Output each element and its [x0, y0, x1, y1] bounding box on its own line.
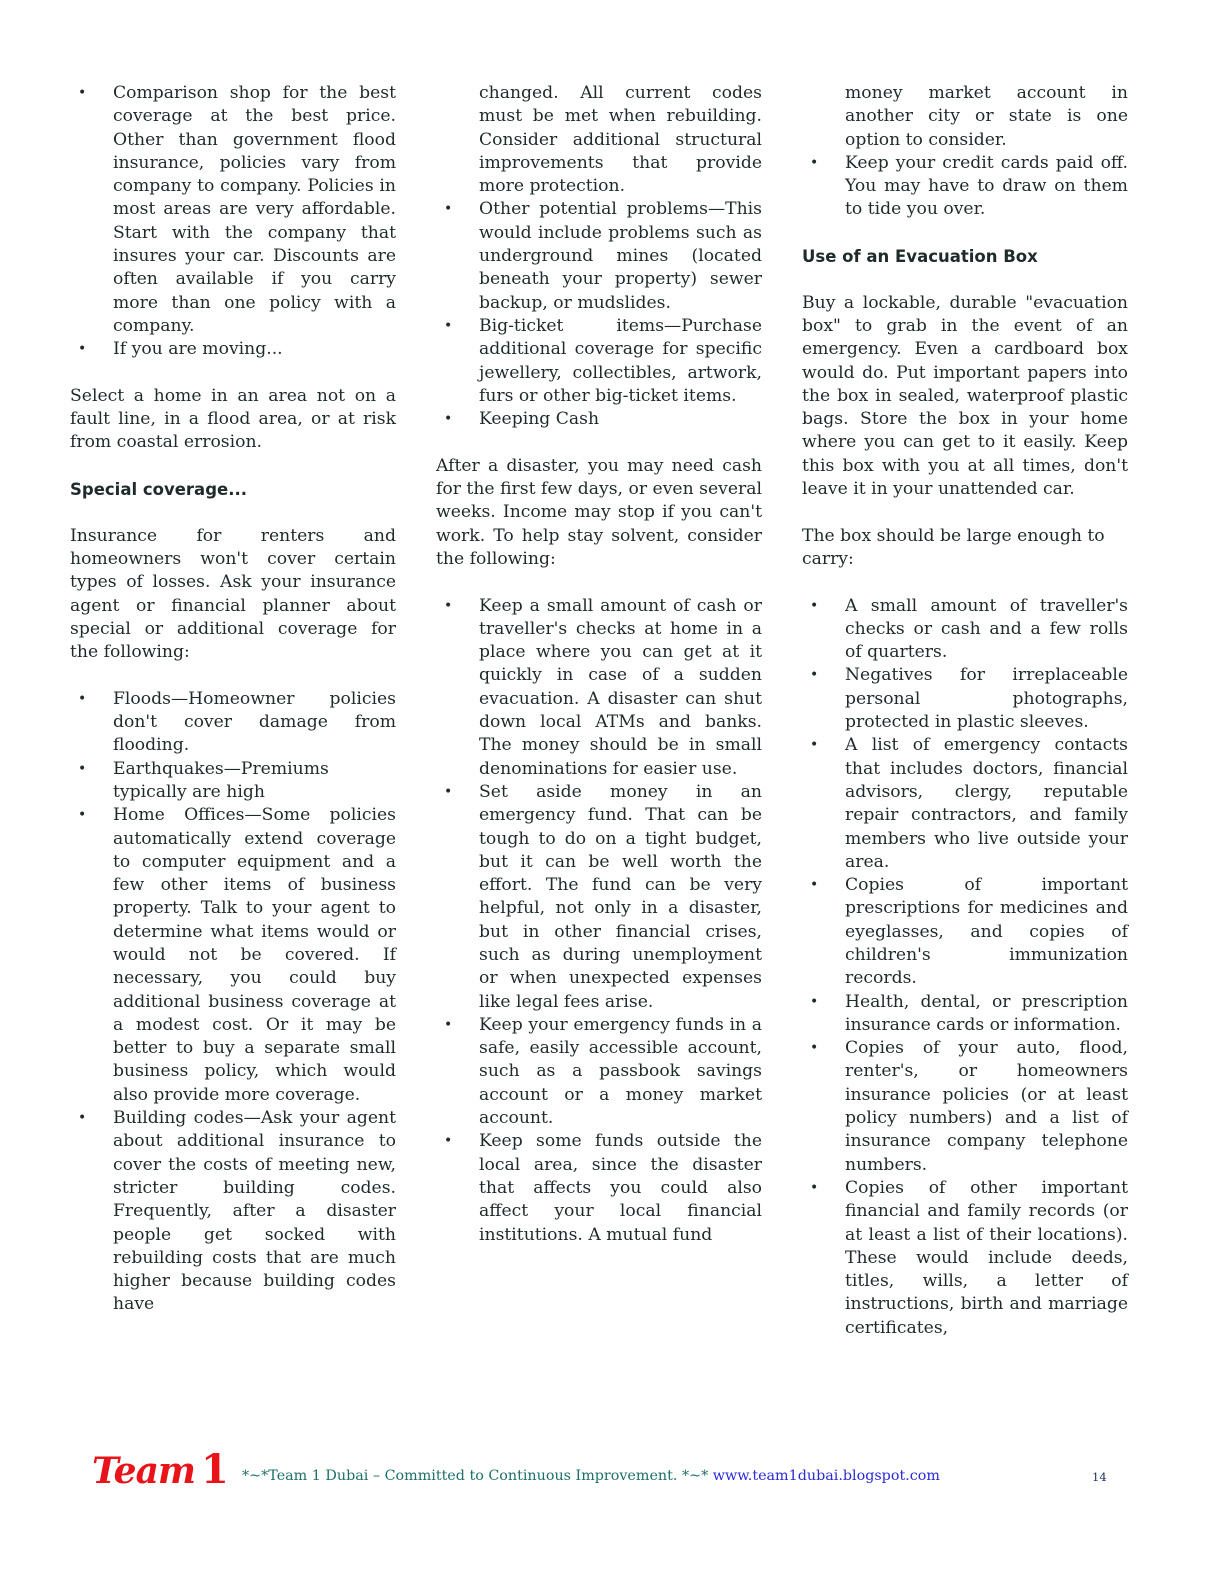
list-item: •Set aside money in an emergency fund. T…: [436, 781, 762, 1014]
list-item: •Earthquakes—Premiums typically are high: [70, 758, 396, 805]
continued-text: changed. All current codes must be met w…: [436, 82, 762, 198]
list-item: •Keeping Cash: [436, 408, 762, 431]
list-item: •Keep your credit cards paid off. You ma…: [802, 152, 1128, 222]
bullet-icon: •: [78, 688, 86, 711]
column-1: •Comparison shop for the best coverage a…: [70, 82, 396, 1317]
heading-evacuation-box: Use of an Evacuation Box: [802, 245, 1128, 268]
list-item: •Copies of important prescriptions for m…: [802, 874, 1128, 990]
paragraph-select-home: Select a home in an area not on a fault …: [70, 385, 396, 455]
list-item: •A list of emergency contacts that inclu…: [802, 734, 1128, 874]
bullet-icon: •: [78, 804, 86, 827]
heading-special-coverage: Special coverage...: [70, 478, 396, 501]
list-item: •Home Offices—Some policies automaticall…: [70, 804, 396, 1107]
bullet-icon: •: [78, 338, 86, 361]
bullet-list-moving: •Comparison shop for the best coverage a…: [70, 82, 396, 362]
bullet-icon: •: [444, 781, 452, 804]
bullet-icon: •: [78, 1107, 86, 1130]
bullet-list-special-coverage: •Floods—Homeowner policies don't cover d…: [70, 688, 396, 1317]
bullet-icon: •: [444, 408, 452, 431]
bullet-icon: •: [444, 198, 452, 221]
bullet-icon: •: [810, 874, 818, 897]
list-item: •Floods—Homeowner policies don't cover d…: [70, 688, 396, 758]
page-number: 14: [1092, 1470, 1107, 1484]
bullet-icon: •: [810, 152, 818, 175]
blog-link[interactable]: www.team1dubai.blogspot.com: [713, 1468, 940, 1484]
list-item: •Health, dental, or prescription insuran…: [802, 991, 1128, 1038]
list-item: •Big-ticket items—Purchase additional co…: [436, 315, 762, 408]
bullet-list-box-contents: •A small amount of traveller's checks or…: [802, 595, 1128, 1341]
list-item: •Keep a small amount of cash or travelle…: [436, 595, 762, 781]
bullet-icon: •: [810, 595, 818, 618]
column-2: changed. All current codes must be met w…: [436, 82, 762, 1247]
paragraph-box-size: The box should be large enough to carry:: [802, 525, 1128, 572]
bullet-list-coverage-continued: •Other potential problems—This would inc…: [436, 198, 762, 431]
team1-logo: Team1: [92, 1446, 228, 1493]
bullet-icon: •: [810, 1177, 818, 1200]
list-item: •Comparison shop for the best coverage a…: [70, 82, 396, 338]
paragraph-special-coverage: Insurance for renters and homeowners won…: [70, 525, 396, 665]
footer-tagline: *~*Team 1 Dubai – Committed to Continuou…: [242, 1468, 940, 1484]
bullet-icon: •: [444, 1130, 452, 1153]
bullet-icon: •: [810, 1037, 818, 1060]
bullet-icon: •: [810, 991, 818, 1014]
bullet-list-cash: •Keep a small amount of cash or travelle…: [436, 595, 762, 1247]
bullet-icon: •: [444, 1014, 452, 1037]
bullet-icon: •: [444, 595, 452, 618]
bullet-list-credit: •Keep your credit cards paid off. You ma…: [802, 152, 1128, 222]
list-item: •Keep your emergency funds in a safe, ea…: [436, 1014, 762, 1130]
list-item: •Negatives for irreplaceable personal ph…: [802, 664, 1128, 734]
paragraph-after-disaster: After a disaster, you may need cash for …: [436, 455, 762, 571]
paragraph-evacuation-box: Buy a lockable, durable "evacuation box"…: [802, 292, 1128, 502]
bullet-icon: •: [78, 82, 86, 105]
list-item: •Copies of your auto, flood, renter's, o…: [802, 1037, 1128, 1177]
continued-text: money market account in another city or …: [802, 82, 1128, 152]
list-item: •Other potential problems—This would inc…: [436, 198, 762, 314]
list-item: •Copies of other important financial and…: [802, 1177, 1128, 1340]
bullet-icon: •: [78, 758, 86, 781]
list-item: •A small amount of traveller's checks or…: [802, 595, 1128, 665]
bullet-icon: •: [810, 734, 818, 757]
bullet-icon: •: [810, 664, 818, 687]
list-item: •Building codes—Ask your agent about add…: [70, 1107, 396, 1317]
list-item: •Keep some funds outside the local area,…: [436, 1130, 762, 1246]
bullet-icon: •: [444, 315, 452, 338]
column-3: money market account in another city or …: [802, 82, 1128, 1340]
list-item: •If you are moving...: [70, 338, 396, 361]
page-footer: Team1 *~*Team 1 Dubai – Committed to Con…: [92, 1446, 1132, 1496]
